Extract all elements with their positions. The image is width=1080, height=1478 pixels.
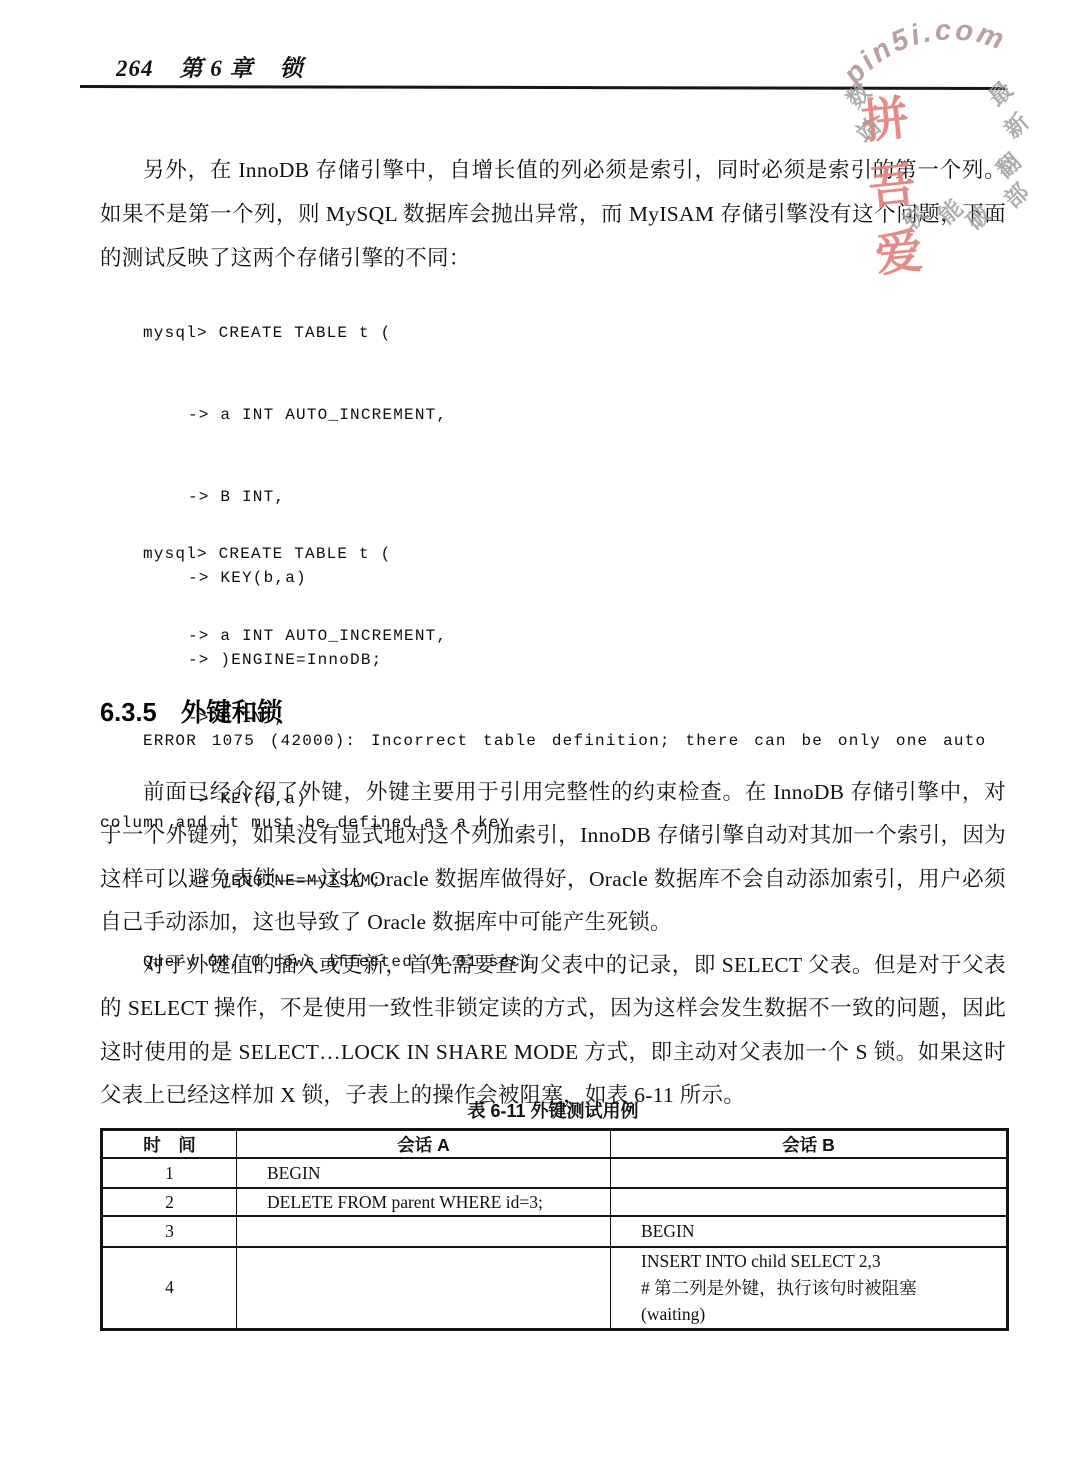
cell-session-a: DELETE FROM parent WHERE id=3;: [237, 1188, 611, 1216]
select-lock-paragraph: 对于外键值的插入或更新，首先需要查询父表中的记录，即 SELECT 父表。但是对…: [100, 944, 1006, 1118]
code-line: mysql> CREATE TABLE t (: [100, 541, 532, 568]
cell-session-b: [611, 1188, 1008, 1216]
watermark-ring-char: 站: [848, 108, 887, 148]
running-head: 264 第 6 章 锁: [116, 50, 307, 83]
section-title: 外键和锁: [181, 693, 283, 729]
watermark-ring-char: 最: [980, 73, 1019, 113]
table-row: 1 BEGIN: [102, 1158, 1008, 1188]
col-header-session-b: 会话 B: [611, 1130, 1008, 1159]
cell-session-b: INSERT INTO child SELECT 2,3 # 第二列是外键，执行…: [611, 1247, 1008, 1329]
code-line: -> a INT AUTO_INCREMENT,: [100, 402, 986, 429]
page-number: 264: [116, 56, 154, 82]
cell-session-a: BEGIN: [237, 1158, 611, 1188]
section-heading: 6.3.5 外键和锁: [100, 693, 283, 729]
cell-time: 3: [102, 1216, 237, 1247]
cell-time: 4: [102, 1247, 237, 1329]
header-rule: [80, 85, 1005, 90]
section-number: 6.3.5: [100, 699, 157, 728]
watermark-ring-char: 数: [838, 75, 878, 115]
foreign-key-paragraph: 前面已经介绍了外键，外键主要用于引用完整性的约束检查。在 InnoDB 存储引擎…: [100, 771, 1006, 945]
col-header-time: 时 间: [102, 1130, 237, 1159]
table-row: 3 BEGIN: [102, 1216, 1008, 1247]
cell-session-a: [237, 1247, 611, 1329]
session-b-sql-line: INSERT INTO child SELECT 2,3: [641, 1248, 1006, 1275]
watermark-ring-char: 新: [996, 105, 1035, 145]
chapter-label: 第 6 章: [180, 50, 254, 83]
cell-time: 1: [102, 1158, 237, 1188]
foreign-key-test-table: 时 间 会话 A 会话 B 1 BEGIN 2 DELETE FROM pare…: [100, 1128, 1009, 1331]
cell-time: 2: [102, 1188, 237, 1216]
code-line: mysql> CREATE TABLE t (: [100, 320, 986, 347]
intro-paragraph: 另外，在 InnoDB 存储引擎中，自增长值的列必须是索引，同时必须是索引的第一…: [100, 148, 1006, 280]
session-b-comment-line: # 第二列是外键，执行该句时被阻塞: [641, 1275, 1006, 1302]
col-header-session-a: 会话 A: [237, 1130, 611, 1159]
table-row: 2 DELETE FROM parent WHERE id=3;: [102, 1188, 1008, 1216]
code-line: -> a INT AUTO_INCREMENT,: [100, 623, 532, 650]
table-row: 4 INSERT INTO child SELECT 2,3 # 第二列是外键，…: [102, 1247, 1008, 1329]
cell-session-a: [237, 1216, 611, 1247]
chapter-title: 锁: [280, 50, 307, 83]
cell-session-b: [611, 1158, 1008, 1188]
svg-text:pin5i.com: pin5i.com: [838, 14, 1011, 91]
session-b-waiting-line: (waiting): [641, 1301, 1006, 1328]
cell-session-b: BEGIN: [611, 1216, 1008, 1247]
table-header-row: 时 间 会话 A 会话 B: [102, 1130, 1008, 1159]
watermark-site-text: pin5i.com: [838, 14, 1011, 91]
table-caption: 表 6-11 外键测试用例: [100, 1097, 1006, 1123]
